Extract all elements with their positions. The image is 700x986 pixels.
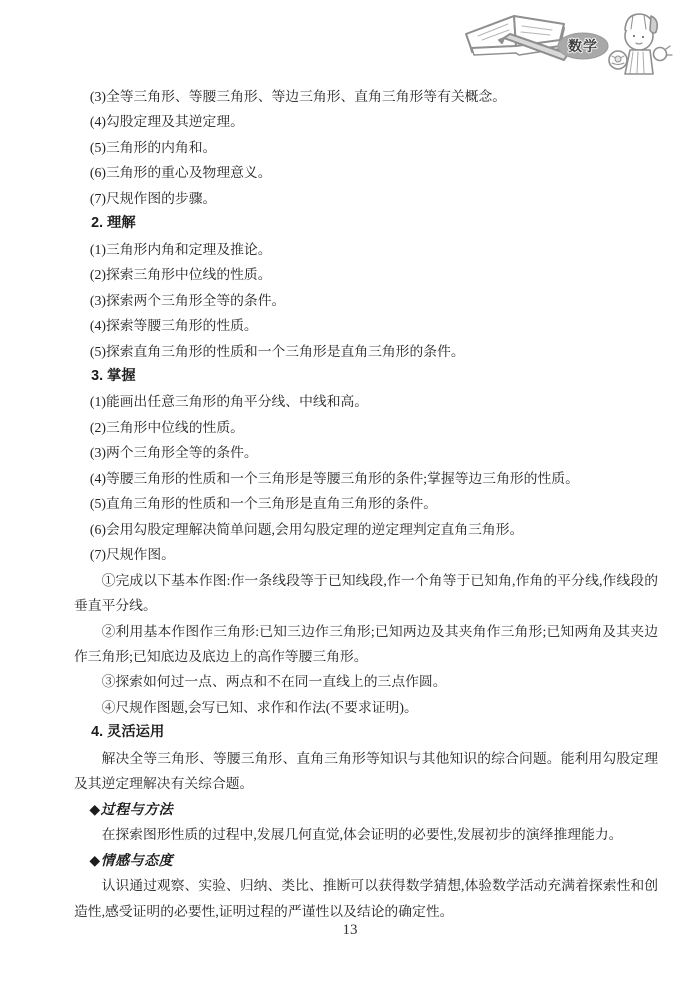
paragraph: 认识通过观察、实验、归纳、类比、推断可以获得数学猜想,体验数学活动充满着探索性和… bbox=[74, 873, 658, 924]
sub-item: ①完成以下基本作图:作一条线段等于已知线段,作一个角等于已知角,作角的平分线,作… bbox=[74, 568, 658, 619]
subject-badge-label: 数学 bbox=[568, 38, 598, 54]
list-item: (6)三角形的重心及物理意义。 bbox=[74, 160, 658, 185]
sub-item: ②利用基本作图作三角形:已知三边作三角形;已知两边及其夹角作三角形;已知两角及其… bbox=[74, 619, 658, 670]
list-item: (2)探索三角形中位线的性质。 bbox=[74, 262, 658, 287]
sub-item: ③探索如何过一点、两点和不在同一直线上的三点作圆。 bbox=[74, 669, 658, 694]
list-item: (7)尺规作图的步骤。 bbox=[74, 186, 658, 211]
syllabus-content: (3)全等三角形、等腰三角形、等边三角形、直角三角形等有关概念。(4)勾股定理及… bbox=[74, 84, 658, 924]
sub-item: ④尺规作图题,会写已知、求作和作法(不要求证明)。 bbox=[74, 695, 658, 720]
list-item: (3)探索两个三角形全等的条件。 bbox=[74, 288, 658, 313]
list-item: (6)会用勾股定理解决简单问题,会用勾股定理的逆定理判定直角三角形。 bbox=[74, 517, 658, 542]
list-item: (3)全等三角形、等腰三角形、等边三角形、直角三角形等有关概念。 bbox=[74, 84, 658, 109]
list-item: (5)直角三角形的性质和一个三角形是直角三角形的条件。 bbox=[74, 491, 658, 516]
cartoon-boy-icon bbox=[609, 14, 672, 74]
section-heading: 2. 理解 bbox=[74, 211, 658, 236]
paragraph: 在探索图形性质的过程中,发展几何直觉,体会证明的必要性,发展初步的演绎推理能力。 bbox=[74, 822, 658, 847]
list-item: (1)能画出任意三角形的角平分线、中线和高。 bbox=[74, 389, 658, 414]
list-item: (3)两个三角形全等的条件。 bbox=[74, 440, 658, 465]
page-number: 13 bbox=[0, 922, 700, 944]
list-item: (4)勾股定理及其逆定理。 bbox=[74, 109, 658, 134]
diamond-heading: ◆过程与方法 bbox=[74, 797, 658, 822]
list-item: (4)探索等腰三角形的性质。 bbox=[74, 313, 658, 338]
list-item: (7)尺规作图。 bbox=[74, 542, 658, 567]
list-item: (5)探索直角三角形的性质和一个三角形是直角三角形的条件。 bbox=[74, 339, 658, 364]
list-item: (5)三角形的内角和。 bbox=[74, 135, 658, 160]
paragraph: 解决全等三角形、等腰三角形、直角三角形等知识与其他知识的综合问题。能利用勾股定理… bbox=[74, 746, 658, 797]
open-book-pen-icon bbox=[466, 16, 568, 60]
list-item: (2)三角形中位线的性质。 bbox=[74, 415, 658, 440]
section-heading: 4. 灵活运用 bbox=[74, 720, 658, 745]
math-subject-badge: 数学 bbox=[558, 33, 608, 59]
list-item: (4)等腰三角形的性质和一个三角形是等腰三角形的条件;掌握等边三角形的性质。 bbox=[74, 466, 658, 491]
list-item: (1)三角形内角和定理及推论。 bbox=[74, 237, 658, 262]
header-illustration: 数学 bbox=[452, 2, 696, 84]
document-page: 数学 (3)全等三角形、等腰三角形、等边三 bbox=[0, 0, 700, 986]
section-heading: 3. 掌握 bbox=[74, 364, 658, 389]
diamond-heading: ◆情感与态度 bbox=[74, 848, 658, 873]
